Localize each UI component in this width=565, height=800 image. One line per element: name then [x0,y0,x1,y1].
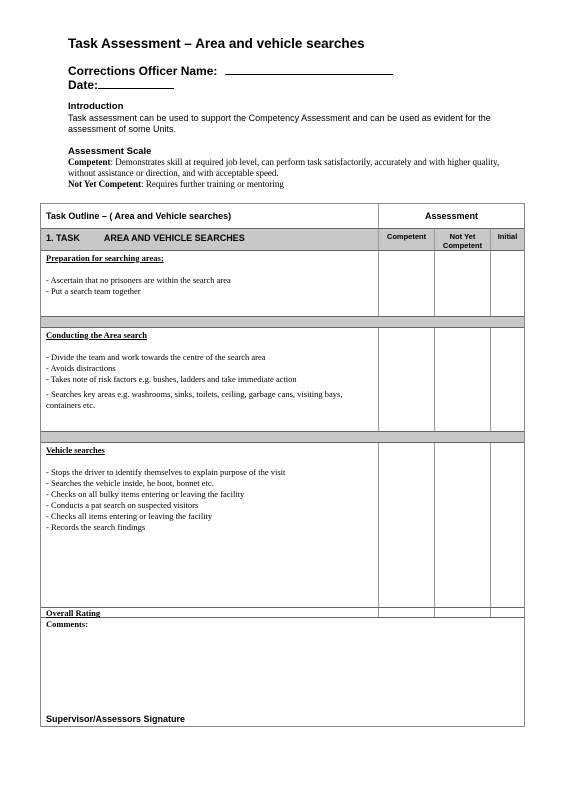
page-title: Task Assessment – Area and vehicle searc… [68,36,365,51]
assessment-header: Assessment [379,204,524,228]
not-yet-competent-cell[interactable] [435,328,491,431]
competent-definition: Competent: Demonstrates skill at require… [68,157,508,179]
divider-row [41,432,524,443]
table-header-row: Task Outline – ( Area and Vehicle search… [41,204,524,229]
section-title: Vehicle searches [46,445,373,456]
section-conducting-area-search: Conducting the Area search - Divide the … [41,328,379,431]
section-title: Conducting the Area search [46,330,373,341]
task-header-row: 1. TASKAREA AND VEHICLE SEARCHES Compete… [41,229,524,251]
assessment-scale-heading: Assessment Scale [68,146,151,157]
date-blank[interactable] [98,78,174,89]
overall-rating: Overall Rating [41,608,379,617]
competent-cell[interactable] [379,251,435,316]
list-item: - Searches key areas e.g. washrooms, sin… [46,389,373,411]
section-vehicle-searches: Vehicle searches - Stops the driver to i… [41,443,379,607]
list-item: - Conducts a pat search on suspected vis… [46,500,373,511]
overall-not-yet-competent-cell[interactable] [435,608,491,617]
date-field: Date: [68,78,174,92]
officer-name-field: Corrections Officer Name: [68,64,393,78]
assessment-table: Task Outline – ( Area and Vehicle search… [40,203,525,727]
list-item: - Searches the vehicle inside, he boot, … [46,478,373,489]
table-row: Conducting the Area search - Divide the … [41,328,524,432]
comments-row[interactable]: Comments: Supervisor/Assessors Signature [41,618,524,726]
section-preparation: Preparation for searching areas; - Ascer… [41,251,379,316]
divider-row [41,317,524,328]
list-item: - Records the search findings [46,522,373,533]
overall-rating-label: Overall Rating [46,608,373,618]
officer-name-blank[interactable] [225,64,393,75]
date-label: Date: [68,78,98,92]
overall-initial-cell[interactable] [491,608,524,617]
table-row: Preparation for searching areas; - Ascer… [41,251,524,317]
overall-rating-row: Overall Rating [41,608,524,618]
nyc-label: Not Yet Competent [68,179,141,189]
overall-competent-cell[interactable] [379,608,435,617]
competent-text: : Demonstrates skill at required job lev… [68,157,499,178]
officer-name-label: Corrections Officer Name: [68,64,217,78]
comments-label: Comments: [41,618,524,630]
task-outline-header: Task Outline – ( Area and Vehicle search… [41,204,379,228]
introduction-text: Task assessment can be used to support t… [68,113,498,135]
nyc-definition: Not Yet Competent: Requires further trai… [68,179,508,190]
signature-label: Supervisor/Assessors Signature [46,714,185,724]
initial-cell[interactable] [491,251,524,316]
section-title: Preparation for searching areas; [46,253,373,264]
introduction-heading: Introduction [68,101,123,112]
task-title: 1. TASKAREA AND VEHICLE SEARCHES [41,229,379,250]
not-yet-competent-cell[interactable] [435,251,491,316]
initial-cell[interactable] [491,328,524,431]
list-item: - Ascertain that no prisoners are within… [46,275,373,286]
competent-cell[interactable] [379,328,435,431]
list-item: - Put a search team together [46,286,373,297]
not-yet-competent-cell[interactable] [435,443,491,607]
list-item: - Takes note of risk factors e.g. bushes… [46,374,373,385]
nyc-text: : Requires further training or mentoring [141,179,284,189]
initial-cell[interactable] [491,443,524,607]
competent-cell[interactable] [379,443,435,607]
task-number: 1. TASK [46,233,80,243]
column-competent: Competent [379,229,435,250]
task-name: AREA AND VEHICLE SEARCHES [104,233,245,243]
competent-label: Competent [68,157,111,167]
list-item: - Stops the driver to identify themselve… [46,467,373,478]
list-item: - Divide the team and work towards the c… [46,352,373,363]
column-not-yet-competent: Not Yet Competent [435,229,491,250]
column-initial: Initial [491,229,524,250]
list-item: - Avoids distractions [46,363,373,374]
table-row: Vehicle searches - Stops the driver to i… [41,443,524,608]
list-item: - Checks all items entering or leaving t… [46,511,373,522]
assessment-scale-text: Competent: Demonstrates skill at require… [68,157,508,190]
list-item: - Checks on all bulky items entering or … [46,489,373,500]
